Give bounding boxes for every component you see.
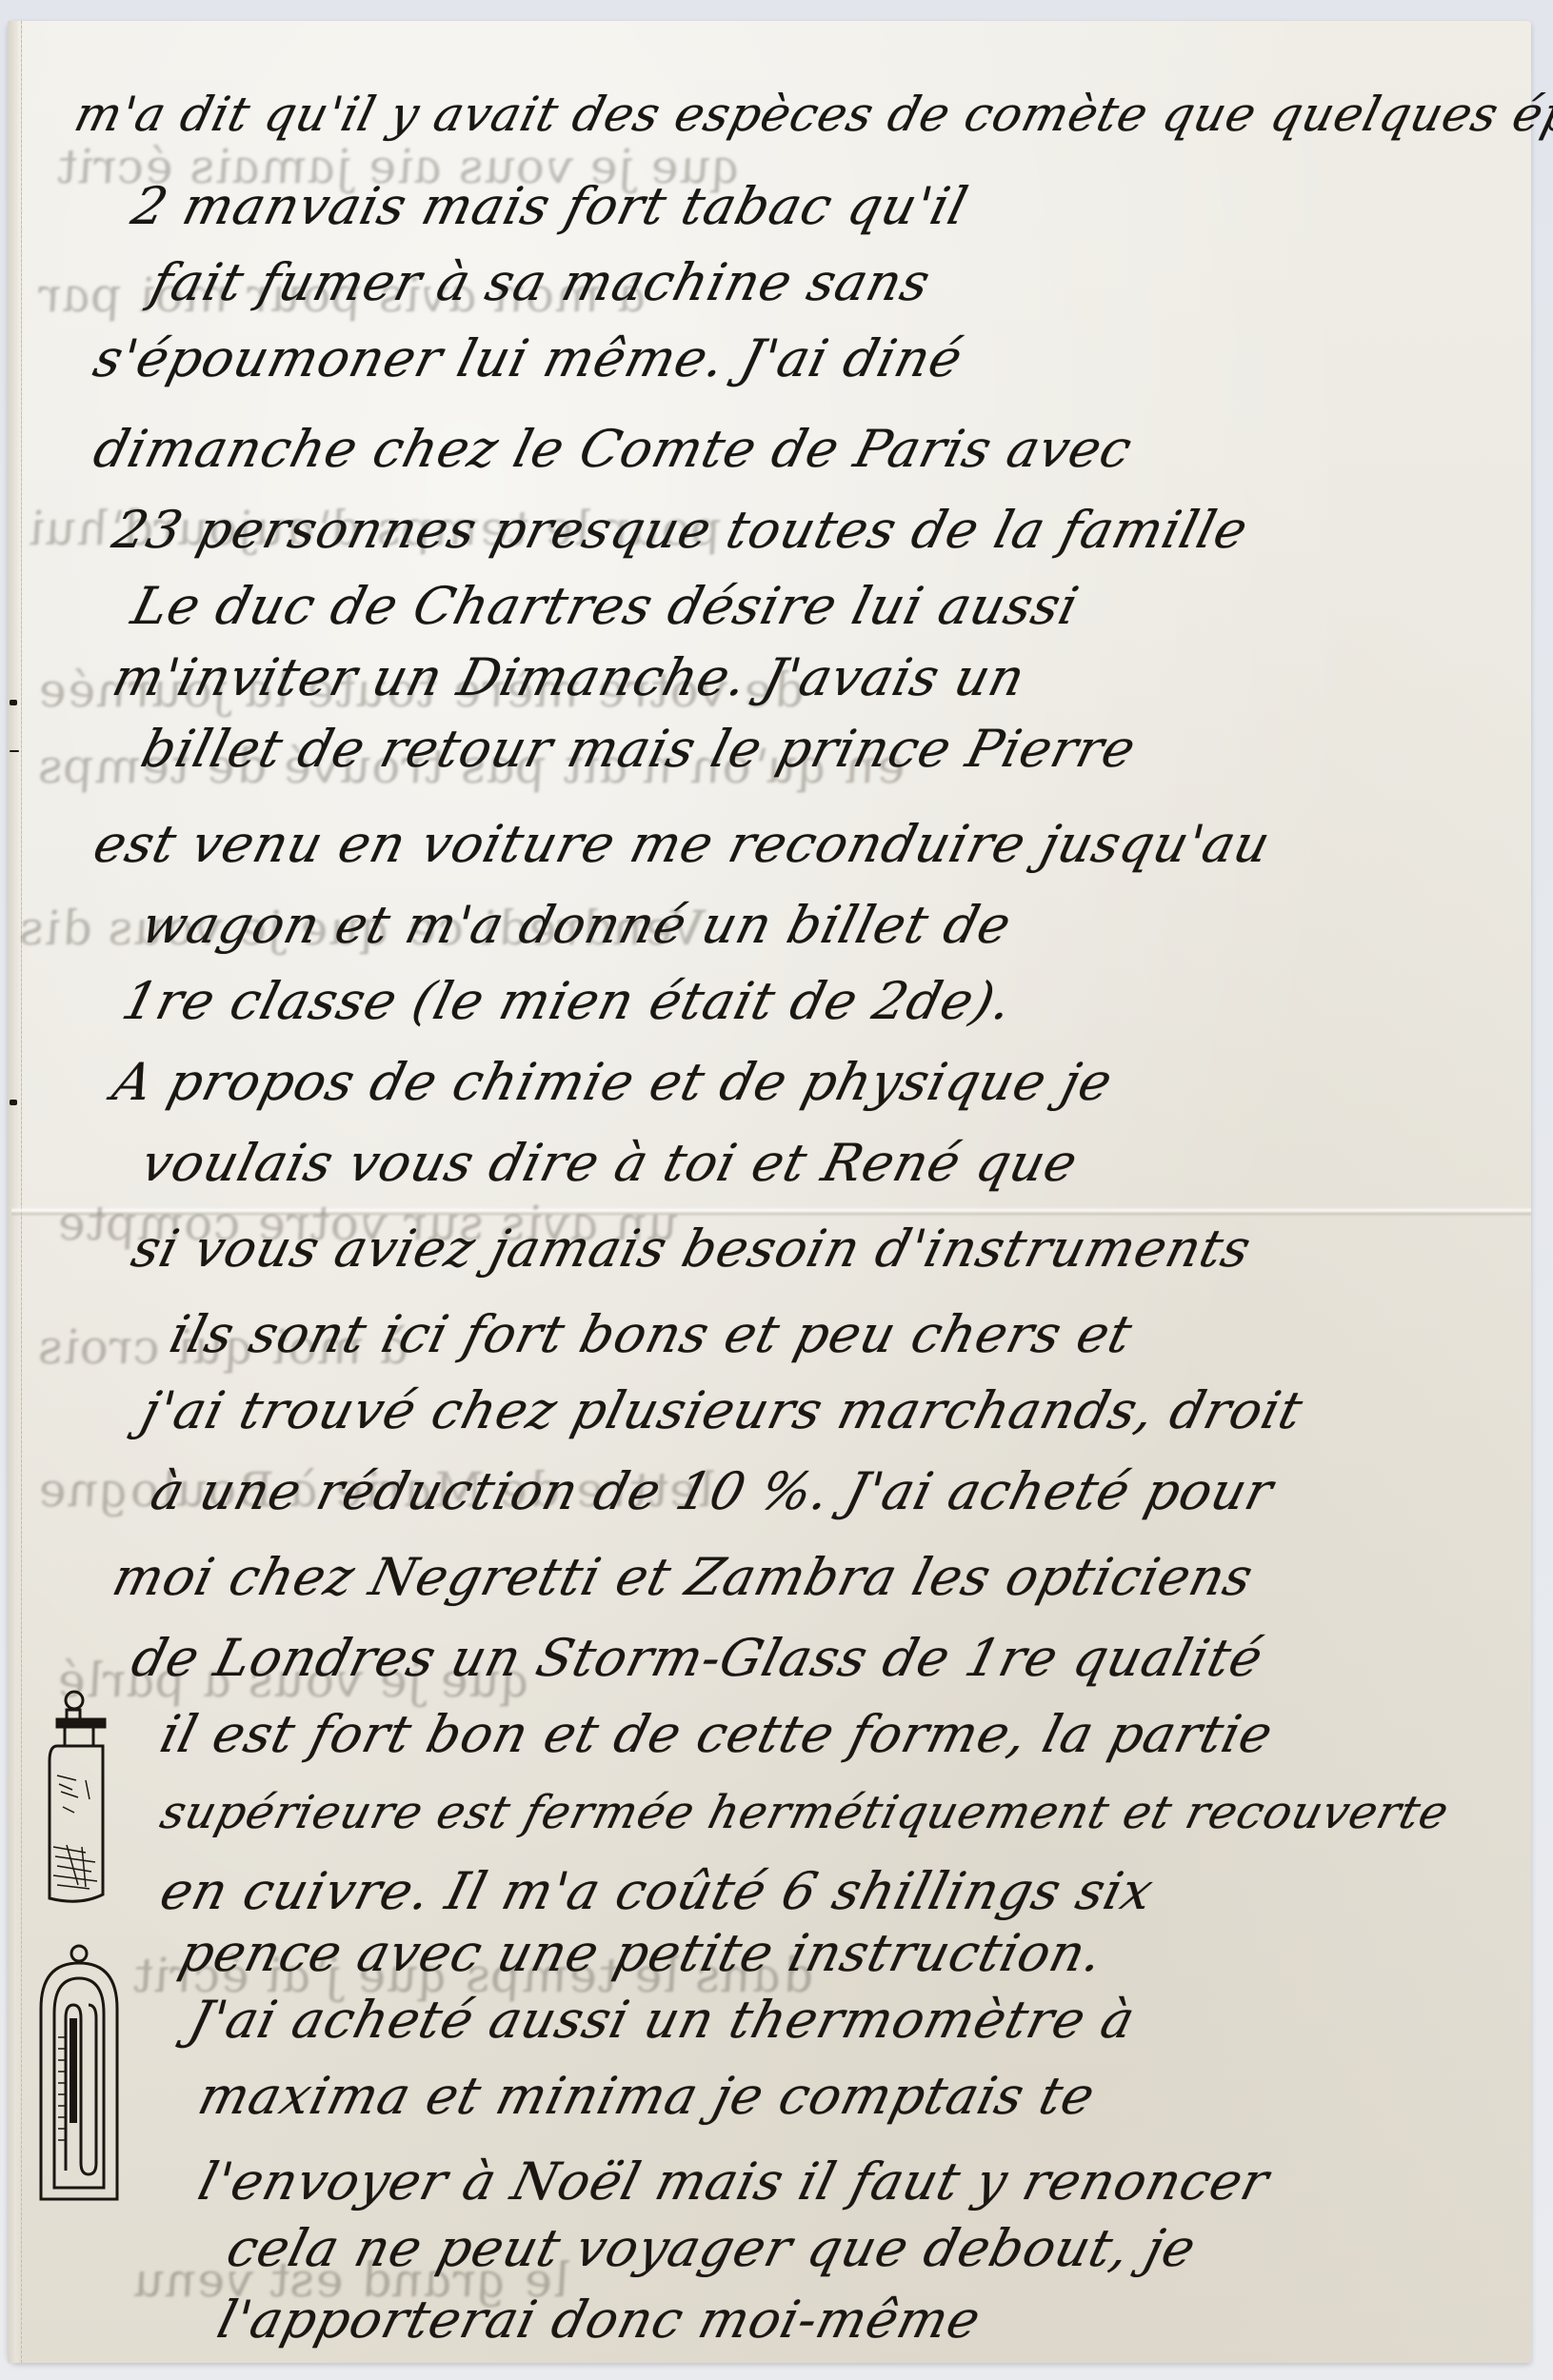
letter-line: si vous aviez jamais besoin d'instrument… xyxy=(127,1223,1256,1275)
letter-line: il est fort bon et de cette forme, la pa… xyxy=(155,1709,1278,1760)
letter-line: j'ai trouvé chez plusieurs marchands, dr… xyxy=(136,1385,1307,1437)
letter-line: m'a dit qu'il y avait des espèces de com… xyxy=(70,90,1553,138)
letter-line: s'époumoner lui même. J'ai diné xyxy=(89,333,967,385)
letter-line: supérieure est fermée hermétiquement et … xyxy=(156,1790,1454,1835)
letter-line: est venu en voiture me reconduire jusqu'… xyxy=(89,819,1275,870)
letter-line: cela ne peut voyager que debout, je xyxy=(222,2223,1201,2274)
letter-line: en cuivre. Il m'a coûté 6 shillings six xyxy=(155,1866,1159,1917)
margin-ink-mark xyxy=(10,700,17,705)
letter-line: 23 personnes presque toutes de la famill… xyxy=(108,505,1253,556)
letter-line: voulais vous dire à toi et René que xyxy=(136,1138,1083,1189)
torn-binding-edge xyxy=(8,21,22,2363)
letter-line: Le duc de Chartres désire lui aussi xyxy=(127,581,1084,632)
letter-line: dimanche chez le Comte de Paris avec xyxy=(89,424,1137,475)
letter-line: J'ai acheté aussi un thermomètre à xyxy=(184,1994,1140,2046)
letter-line: l'envoyer à Noël mais il faut y renoncer xyxy=(193,2156,1274,2208)
storm-glass-sketch-icon xyxy=(29,1685,114,1904)
letter-line: 1re classe (le mien était de 2de). xyxy=(117,976,1018,1027)
letter-line: l'apporterai donc moi-même xyxy=(212,2294,986,2346)
margin-ink-mark xyxy=(10,750,19,752)
mercury-column xyxy=(70,2018,77,2123)
letter-line: à une réduction de 10 %. J'ai acheté pou… xyxy=(146,1466,1278,1517)
letter-line: A propos de chimie et de physique je xyxy=(108,1057,1118,1108)
letter-line: de Londres un Storm-Glass de 1re qualité xyxy=(127,1633,1268,1684)
margin-ink-mark xyxy=(10,1100,17,1105)
letter-line: m'inviter un Dimanche. J'avais un xyxy=(108,652,1030,704)
letter-line: pence avec une petite instruction. xyxy=(174,1928,1108,1979)
letter-line: billet de retour mais le prince Pierre xyxy=(136,724,1141,775)
letter-line: ils sont ici fort bons et peu chers et xyxy=(165,1309,1137,1360)
letter-line: 2 manvais mais fort tabac qu'il xyxy=(127,181,973,232)
thermometer-sketch-icon xyxy=(33,1942,129,2209)
letter-line: fait fumer à sa machine sans xyxy=(146,257,935,308)
letter-line: maxima et minima je comptais te xyxy=(193,2071,1100,2122)
letter-line: moi chez Negretti et Zambra les opticien… xyxy=(108,1552,1258,1603)
letter-line: wagon et m'a donné un billet de xyxy=(136,900,1016,951)
